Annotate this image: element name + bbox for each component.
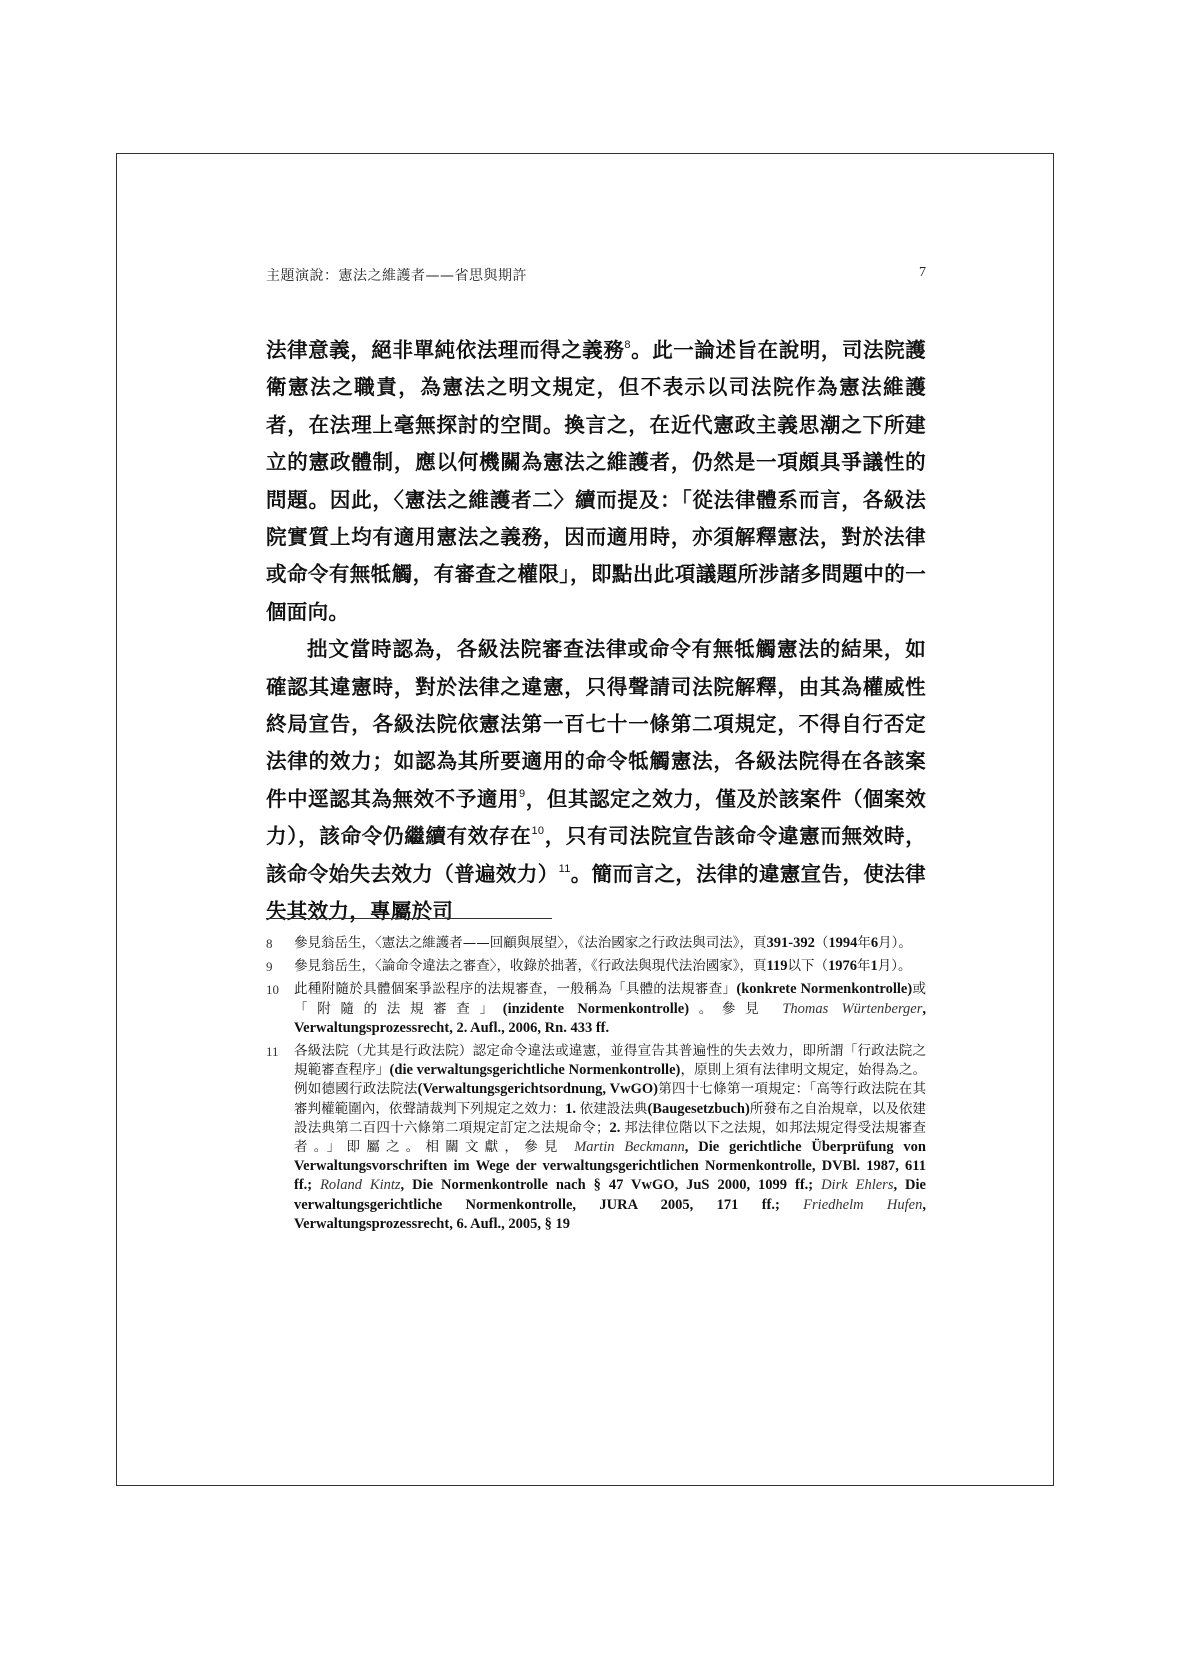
footnote-text-segment: 年 (857, 935, 871, 951)
footnote-number: 9 (266, 957, 273, 976)
footnote-text-segment: 月）。 (878, 935, 912, 951)
footnote-10: 10此種附隨於具體個案爭訟程序的法規審查，一般稱為「具體的法規審查」(konkr… (266, 980, 926, 1038)
footnote-ref[interactable]: 11 (559, 863, 571, 875)
footnote-text-segment: (konkrete Normenkontrolle) (736, 981, 912, 997)
footnote-text-segment: （ (815, 935, 829, 951)
footnote-text-segment: 2. (610, 1120, 625, 1136)
footnote-text-segment: 119 (767, 958, 788, 974)
footnote-9: 9參見翁岳生，〈論命令違法之審查〉，收錄於拙著，《行政法與現代法治國家》，頁11… (266, 957, 926, 976)
body-text-segment: 法律意義，絕非單純依法理而得之義務 (266, 338, 624, 362)
footnote-text-segment: (Verwaltungsgerichtsordnung, VwGO) (418, 1081, 658, 1097)
footnote-text-segment: Roland Kintz (320, 1177, 400, 1193)
body-paragraph: 拙文當時認為，各級法院審查法律或命令有無牴觸憲法的結果，如確認其違憲時，對於法律… (266, 631, 926, 930)
footnote-text-segment: 391-392 (767, 935, 815, 951)
body-text: 法律意義，絕非單純依法理而得之義務8。此一論述旨在說明，司法院護衛憲法之職責，為… (266, 332, 926, 931)
running-head: 主題演說：憲法之維護者——省思與期許 7 (266, 265, 926, 285)
footnote-text-segment: 1. (565, 1101, 580, 1117)
footnotes: 8參見翁岳生，〈憲法之維護者——回顧與展望〉，《法治國家之行政法與司法》，頁39… (266, 934, 926, 1238)
footnote-text-segment: Friedhelm Hufen (803, 1197, 922, 1213)
body-text-segment: 拙文當時認為，各級法院審查法律或命令有無牴觸憲法的結果，如確認其違憲時，對於法律… (266, 637, 926, 811)
footnote-text-segment: 年 (857, 958, 871, 974)
footnote-11: 11各級法院（尤其是行政法院）認定命令違法或違憲，並得宣告其普遍性的失去效力，即… (266, 1042, 926, 1234)
footnote-separator (266, 918, 552, 919)
page-number: 7 (919, 265, 926, 281)
footnote-text-segment: 以下（ (787, 958, 828, 974)
running-head-title: 主題演說：憲法之維護者——省思與期許 (266, 265, 527, 285)
footnote-text-segment: 參見翁岳生，〈論命令違法之審查〉，收錄於拙著，《行政法與現代法治國家》，頁 (294, 958, 767, 974)
footnote-text-segment: Martin Beckmann (574, 1139, 685, 1155)
footnote-number: 10 (266, 980, 279, 999)
footnote-text-segment: 依建設法典 (580, 1101, 648, 1117)
footnote-number: 8 (266, 934, 273, 953)
footnote-ref[interactable]: 10 (531, 825, 544, 837)
footnote-text-segment: 此種附隨於具體個案爭訟程序的法規審查，一般稱為「具體的法規審查」 (294, 981, 736, 997)
footnote-text-segment: 6 (871, 935, 878, 951)
footnote-text-segment: , Die Normenkontrolle nach § 47 VwGO, Ju… (401, 1177, 822, 1193)
footnote-text-segment: 1994 (828, 935, 857, 951)
footnote-8: 8參見翁岳生，〈憲法之維護者——回顧與展望〉，《法治國家之行政法與司法》，頁39… (266, 934, 926, 953)
body-paragraph: 法律意義，絕非單純依法理而得之義務8。此一論述旨在說明，司法院護衛憲法之職責，為… (266, 332, 926, 631)
footnote-text-segment: Dirk Ehlers (821, 1177, 893, 1193)
footnote-text-segment: (inzidente Normenkontrolle) (503, 1001, 689, 1017)
footnote-text-segment: Thomas Würtenberger (782, 1001, 922, 1017)
footnote-text-segment: (Baugesetzbuch) (647, 1101, 749, 1117)
footnote-text-segment: (die verwaltungsgerichtliche Normenkontr… (390, 1062, 681, 1078)
footnote-text-segment: 參見翁岳生，〈憲法之維護者——回顧與展望〉，《法治國家之行政法與司法》，頁 (294, 935, 767, 951)
body-text-segment: 。此一論述旨在說明，司法院護衛憲法之職責，為憲法之明文規定，但不表示以司法院作為… (266, 338, 926, 624)
footnote-text-segment: 。參見 (689, 1001, 782, 1017)
footnote-text-segment: 1 (870, 958, 877, 974)
footnote-text-segment: 1976 (828, 958, 857, 974)
footnote-text-segment: 月）。 (878, 958, 912, 974)
footnote-number: 11 (266, 1042, 279, 1061)
